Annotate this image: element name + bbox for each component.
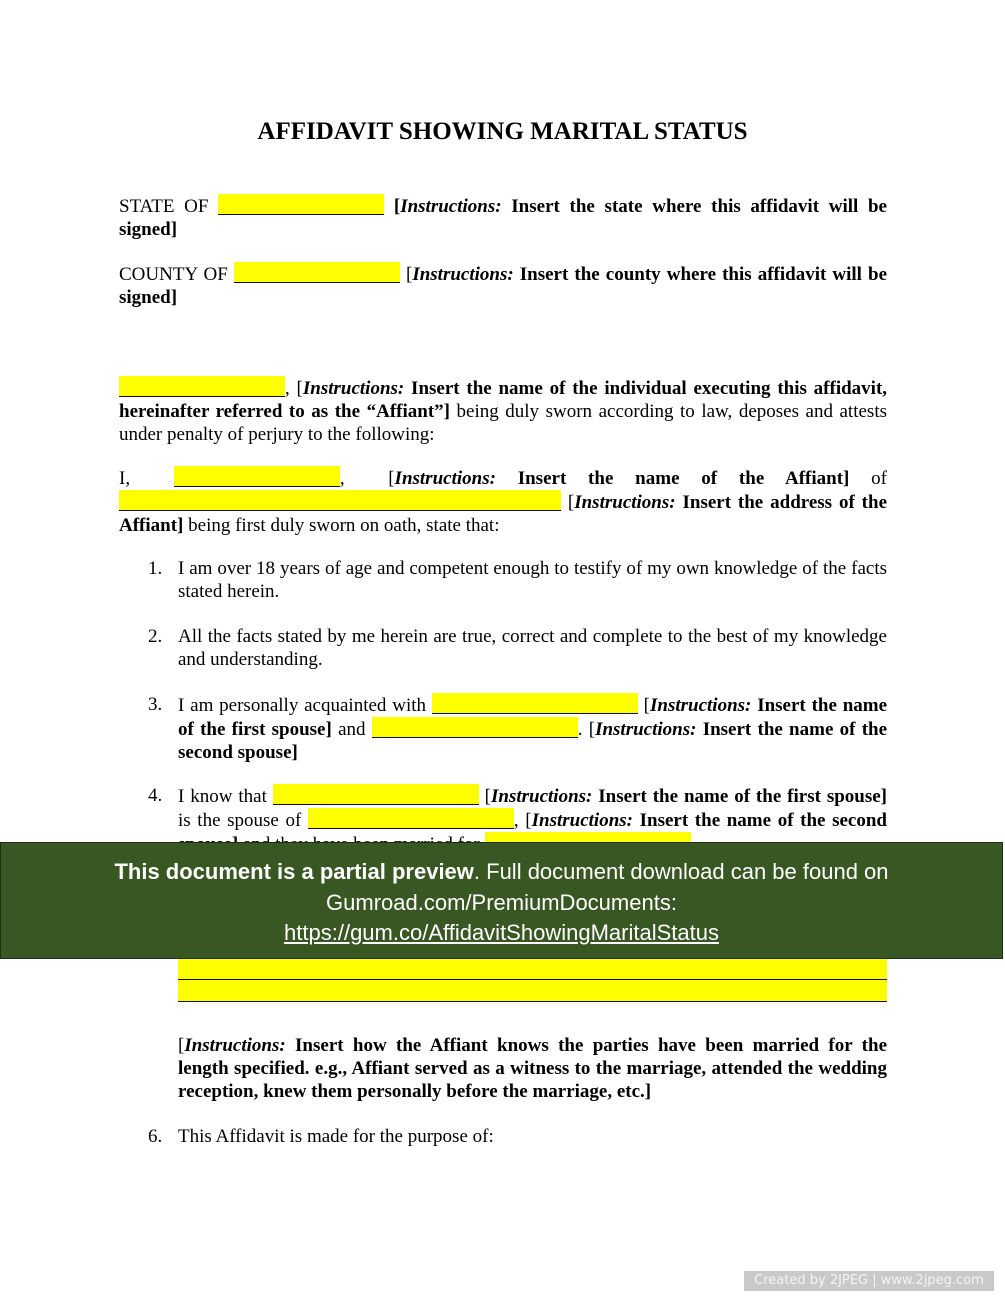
watermark: Created by 2JPEG | www.2jpeg.com <box>744 1271 994 1291</box>
how-known-blank-field[interactable] <box>178 980 887 1002</box>
instructions-label: Instructions: <box>395 468 496 489</box>
affiant-prefix: I, <box>119 468 130 489</box>
affiant-paragraph: I, , [Instructions: Insert the name of t… <box>119 466 887 537</box>
document-title: AFFIDAVIT SHOWING MARITAL STATUS <box>0 118 1005 146</box>
list-item: [Instructions: Insert how the Affiant kn… <box>119 1034 887 1103</box>
instructions-label: Instructions: <box>574 492 675 513</box>
second-spouse-blank-field[interactable] <box>308 808 514 829</box>
item-text: [Instructions: Insert how the Affiant kn… <box>178 1034 887 1103</box>
item-number: 4. <box>148 784 162 807</box>
first-spouse-instruction: Insert the name of the first spouse] <box>598 786 887 807</box>
affiant-text: being first duly sworn on oath, state th… <box>183 515 499 536</box>
how-known-blank-field[interactable] <box>178 958 887 980</box>
list-item: 1. I am over 18 years of age and compete… <box>119 557 887 603</box>
affiant-of: of <box>849 468 887 489</box>
download-link[interactable]: https://gum.co/AffidavitShowingMaritalSt… <box>284 920 719 945</box>
instructions-label: Instructions: <box>400 196 501 217</box>
county-label: COUNTY OF <box>119 264 228 285</box>
county-blank-field[interactable] <box>234 262 400 283</box>
document-page: AFFIDAVIT SHOWING MARITAL STATUS STATE O… <box>0 0 1005 1301</box>
first-spouse-blank-field[interactable] <box>273 784 479 805</box>
affiant-name-instruction: Insert the name of the Affiant] <box>518 468 850 489</box>
list-item: 3. I am personally acquainted with [Inst… <box>119 693 887 764</box>
affiant-address-blank-field[interactable] <box>119 490 561 511</box>
item-text: All the facts stated by me herein are tr… <box>178 625 887 671</box>
item-number: 3. <box>148 693 162 716</box>
preview-text: . Full document download can be found on <box>474 859 889 884</box>
state-paragraph: STATE OF [Instructions: Insert the state… <box>119 194 887 241</box>
list-item: 2. All the facts stated by me herein are… <box>119 625 887 671</box>
instructions-label: Instructions: <box>412 264 513 285</box>
intro-paragraph: , [Instructions: Insert the name of the … <box>119 376 887 446</box>
item-text: This Affidavit is made for the purpose o… <box>178 1125 887 1148</box>
individual-name-blank-field[interactable] <box>119 376 285 397</box>
instructions-label: Instructions: <box>303 378 404 399</box>
affiant-name-blank-field[interactable] <box>174 466 340 487</box>
item-5-blank-lines <box>178 958 887 1002</box>
preview-store-text: Gumroad.com/PremiumDocuments: <box>1 888 1002 919</box>
item-number: 1. <box>148 557 162 580</box>
county-paragraph: COUNTY OF [Instructions: Insert the coun… <box>119 262 887 309</box>
item-text: I am over 18 years of age and competent … <box>178 557 887 603</box>
first-spouse-blank-field[interactable] <box>432 693 638 714</box>
second-spouse-blank-field[interactable] <box>372 717 578 738</box>
partial-preview-banner: This document is a partial preview. Full… <box>0 842 1003 959</box>
item-text: I am personally acquainted with [Instruc… <box>178 693 887 764</box>
state-label: STATE OF <box>119 196 208 217</box>
item-number: 2. <box>148 625 162 648</box>
preview-bold-text: This document is a partial preview <box>114 859 473 884</box>
item-number: 6. <box>148 1125 162 1148</box>
list-item: 6. This Affidavit is made for the purpos… <box>119 1125 887 1148</box>
state-blank-field[interactable] <box>218 194 384 215</box>
